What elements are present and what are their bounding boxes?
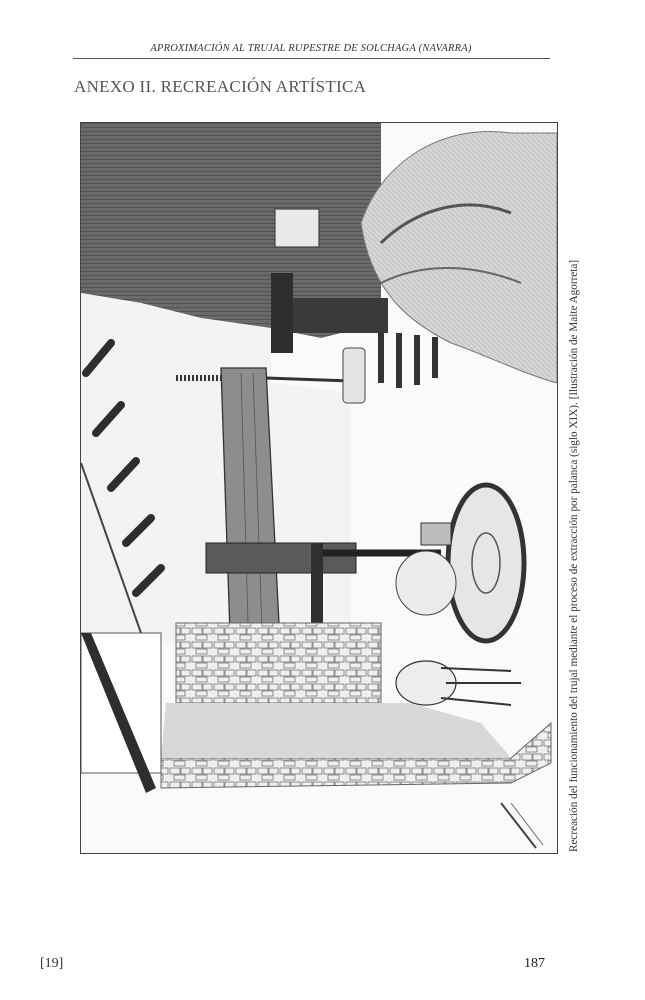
page-number: 187 xyxy=(524,956,545,972)
running-head: APROXIMACIÓN AL TRUJAL RUPESTRE DE SOLCH… xyxy=(72,43,550,54)
figure-caption: Recreación del funcionamiento del trujal… xyxy=(568,237,580,852)
pencil-drawing xyxy=(81,123,557,853)
window xyxy=(275,209,319,247)
section-number: [19] xyxy=(40,956,63,972)
illustration-figure xyxy=(80,122,558,854)
header-rule xyxy=(73,58,550,59)
stone-wall xyxy=(176,623,381,703)
millstone xyxy=(448,485,524,641)
section-title: ANEXO II. RECREACIÓN ARTÍSTICA xyxy=(74,77,366,97)
